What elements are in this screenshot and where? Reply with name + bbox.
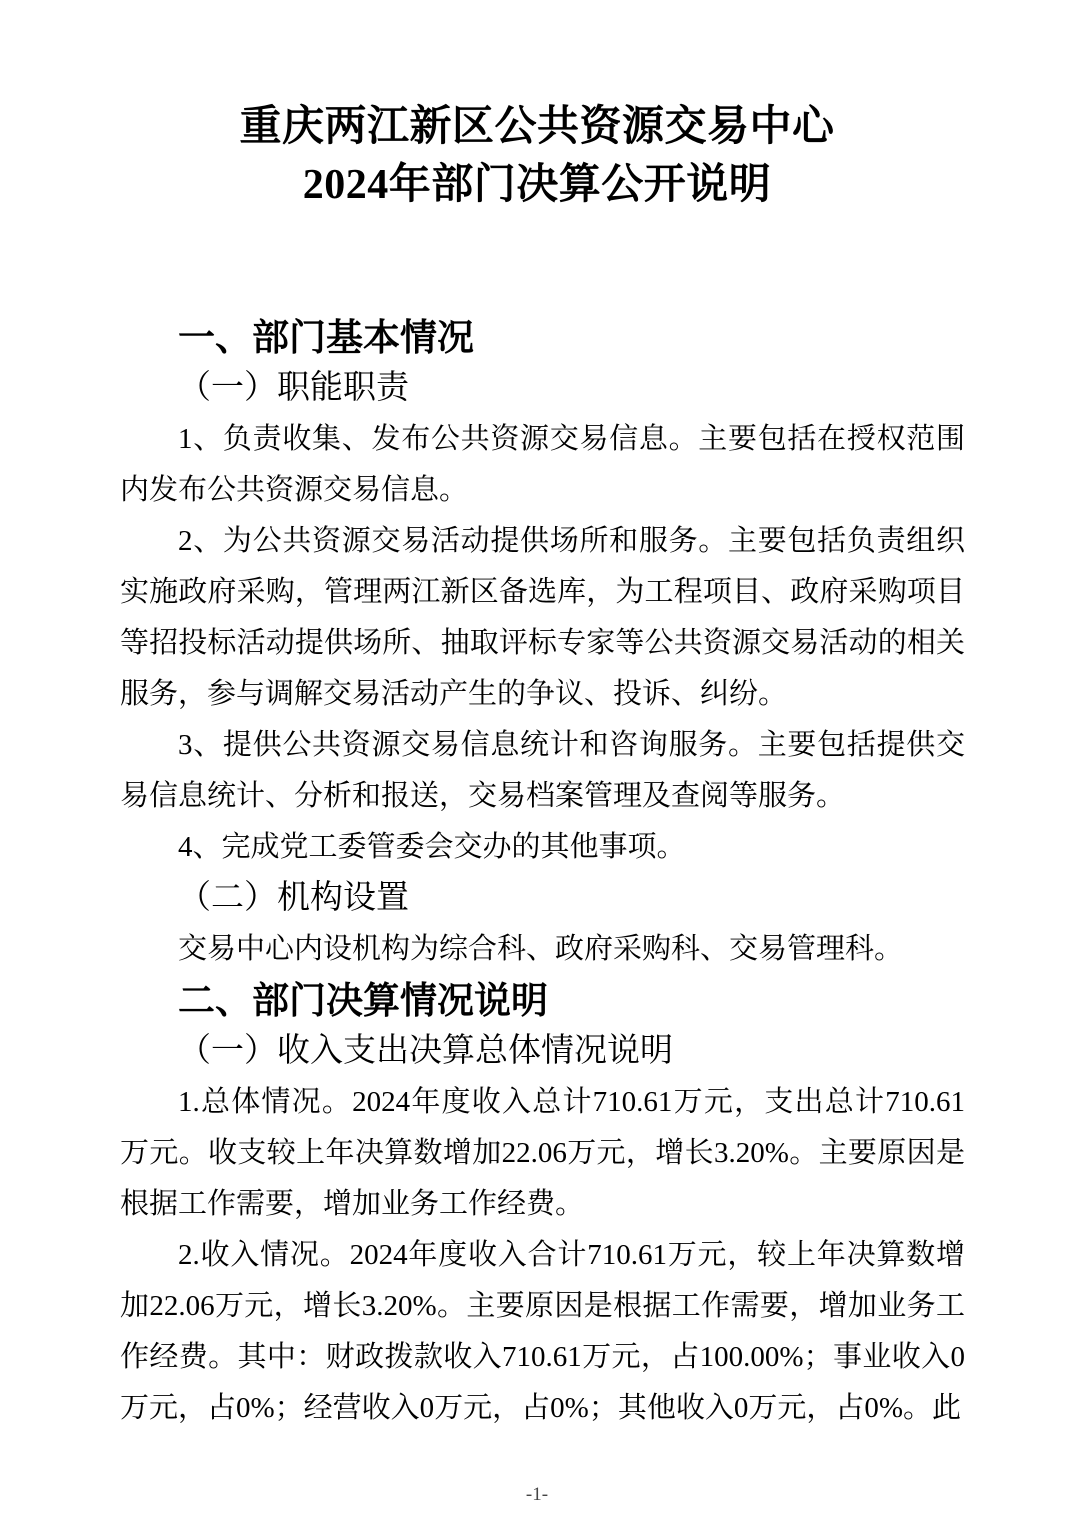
- sub-heading: （一）职能职责: [120, 363, 965, 414]
- paragraph: 2、为公共资源交易活动提供场所和服务。主要包括负责组织实施政府采购，管理两江新区…: [120, 516, 965, 720]
- page-number: -1-: [526, 1484, 548, 1505]
- paragraph: 交易中心内设机构为综合科、政府采购科、交易管理科。: [120, 924, 965, 975]
- section-heading: 一、部门基本情况: [120, 312, 965, 363]
- title-line-2: 2024年部门决算公开说明: [303, 162, 772, 208]
- sub-heading: （一）收入支出决算总体情况说明: [120, 1026, 965, 1077]
- paragraph: 1、负责收集、发布公共资源交易信息。主要包括在授权范围内发布公共资源交易信息。: [120, 414, 965, 516]
- page-footer: -1-: [0, 1484, 1074, 1506]
- document-page: 重庆两江新区公共资源交易中心 2024年部门决算公开说明 一、部门基本情况（一）…: [0, 0, 1074, 1520]
- section-heading: 二、部门决算情况说明: [120, 975, 965, 1026]
- document-body: 一、部门基本情况（一）职能职责1、负责收集、发布公共资源交易信息。主要包括在授权…: [120, 312, 965, 1434]
- paragraph: 1.总体情况。2024年度收入总计710.61万元，支出总计710.61万元。收…: [120, 1077, 965, 1230]
- paragraph: 2.收入情况。2024年度收入合计710.61万元，较上年决算数增加22.06万…: [120, 1230, 965, 1434]
- document-title: 重庆两江新区公共资源交易中心 2024年部门决算公开说明: [0, 0, 1074, 214]
- title-line-1: 重庆两江新区公共资源交易中心: [239, 104, 834, 150]
- paragraph: 4、完成党工委管委会交办的其他事项。: [120, 822, 965, 873]
- paragraph: 3、提供公共资源交易信息统计和咨询服务。主要包括提供交易信息统计、分析和报送，交…: [120, 720, 965, 822]
- sub-heading: （二）机构设置: [120, 873, 965, 924]
